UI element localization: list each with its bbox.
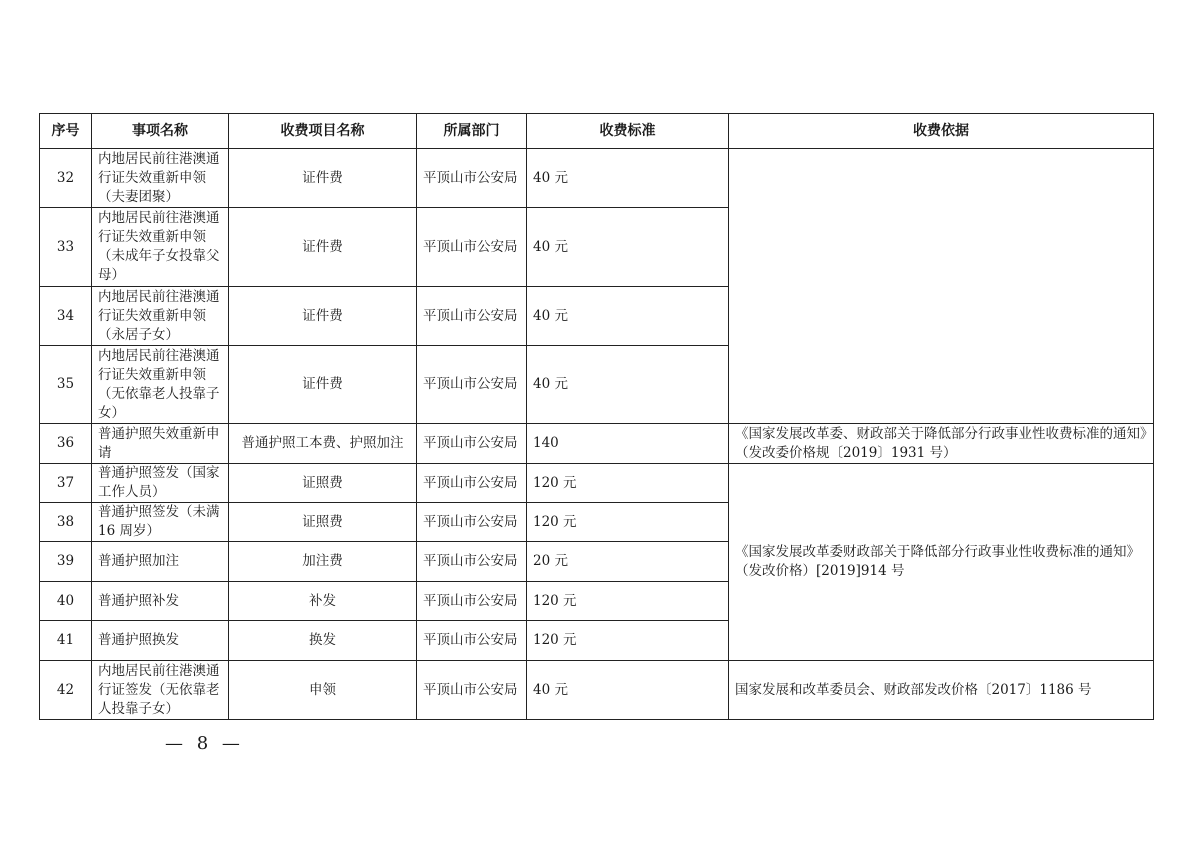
- header-fee-basis: 收费依据: [729, 114, 1154, 149]
- department: 平顶山市公安局: [417, 542, 527, 582]
- department: 平顶山市公安局: [417, 661, 527, 720]
- department: 平顶山市公安局: [417, 287, 527, 346]
- fee-standard: 120 元: [527, 621, 729, 661]
- fee-standard: 20 元: [527, 542, 729, 582]
- header-item-name: 事项名称: [92, 114, 229, 149]
- serial-no: 32: [40, 149, 92, 208]
- table-row: 42 内地居民前往港澳通行证签发（无依靠老人投靠子女） 申领 平顶山市公安局 4…: [40, 661, 1154, 720]
- item-name: 普通护照补发: [92, 582, 229, 621]
- fee-basis: 《国家发展改革委、财政部关于降低部分行政事业性收费标准的通知》（发改委价格规〔2…: [729, 424, 1154, 464]
- item-name: 普通护照换发: [92, 621, 229, 661]
- table-row: 32 内地居民前往港澳通行证失效重新申领（夫妻团聚） 证件费 平顶山市公安局 4…: [40, 149, 1154, 208]
- item-name: 普通护照签发（国家工作人员）: [92, 464, 229, 503]
- department: 平顶山市公安局: [417, 464, 527, 503]
- item-name: 内地居民前往港澳通行证失效重新申领（夫妻团聚）: [92, 149, 229, 208]
- item-name: 普通护照加注: [92, 542, 229, 582]
- serial-no: 36: [40, 424, 92, 464]
- item-name: 内地居民前往港澳通行证失效重新申领（未成年子女投靠父母）: [92, 208, 229, 287]
- department: 平顶山市公安局: [417, 346, 527, 424]
- page-number: — 8 —: [165, 733, 244, 754]
- item-name: 普通护照签发（未满 16 周岁）: [92, 503, 229, 542]
- header-fee-item-name: 收费项目名称: [229, 114, 417, 149]
- department: 平顶山市公安局: [417, 582, 527, 621]
- item-name: 普通护照失效重新申请: [92, 424, 229, 464]
- fee-standard: 40 元: [527, 346, 729, 424]
- item-name: 内地居民前往港澳通行证失效重新申领（永居子女）: [92, 287, 229, 346]
- department: 平顶山市公安局: [417, 424, 527, 464]
- department: 平顶山市公安局: [417, 503, 527, 542]
- serial-no: 41: [40, 621, 92, 661]
- table-header-row: 序号 事项名称 收费项目名称 所属部门 收费标准 收费依据: [40, 114, 1154, 149]
- fee-item-name: 普通护照工本费、护照加注: [229, 424, 417, 464]
- serial-no: 40: [40, 582, 92, 621]
- fee-item-name: 申领: [229, 661, 417, 720]
- department: 平顶山市公安局: [417, 149, 527, 208]
- fee-standard: 40 元: [527, 208, 729, 287]
- department: 平顶山市公安局: [417, 621, 527, 661]
- serial-no: 37: [40, 464, 92, 503]
- fee-item-name: 证件费: [229, 346, 417, 424]
- header-department: 所属部门: [417, 114, 527, 149]
- fee-item-name: 证件费: [229, 208, 417, 287]
- fee-item-name: 证件费: [229, 287, 417, 346]
- fee-basis: [729, 149, 1154, 424]
- serial-no: 35: [40, 346, 92, 424]
- fee-item-name: 换发: [229, 621, 417, 661]
- item-name: 内地居民前往港澳通行证失效重新申领（无依靠老人投靠子女）: [92, 346, 229, 424]
- header-serial-no: 序号: [40, 114, 92, 149]
- fee-item-name: 证件费: [229, 149, 417, 208]
- table-row: 37 普通护照签发（国家工作人员） 证照费 平顶山市公安局 120 元 《国家发…: [40, 464, 1154, 503]
- fee-basis: 《国家发展改革委财政部关于降低部分行政事业性收费标准的通知》（发改价格）[201…: [729, 464, 1154, 661]
- item-name: 内地居民前往港澳通行证签发（无依靠老人投靠子女）: [92, 661, 229, 720]
- table-row: 36 普通护照失效重新申请 普通护照工本费、护照加注 平顶山市公安局 140 《…: [40, 424, 1154, 464]
- serial-no: 34: [40, 287, 92, 346]
- fee-item-name: 加注费: [229, 542, 417, 582]
- fee-standard: 40 元: [527, 149, 729, 208]
- fee-standard: 40 元: [527, 287, 729, 346]
- fee-item-name: 证照费: [229, 464, 417, 503]
- fee-table: 序号 事项名称 收费项目名称 所属部门 收费标准 收费依据 32 内地居民前往港…: [39, 113, 1154, 720]
- department: 平顶山市公安局: [417, 208, 527, 287]
- fee-standard: 40 元: [527, 661, 729, 720]
- header-fee-standard: 收费标准: [527, 114, 729, 149]
- fee-standard: 140: [527, 424, 729, 464]
- fee-standard: 120 元: [527, 464, 729, 503]
- fee-item-name: 证照费: [229, 503, 417, 542]
- fee-item-name: 补发: [229, 582, 417, 621]
- serial-no: 42: [40, 661, 92, 720]
- serial-no: 38: [40, 503, 92, 542]
- serial-no: 33: [40, 208, 92, 287]
- fee-basis: 国家发展和改革委员会、财政部发改价格〔2017〕1186 号: [729, 661, 1154, 720]
- fee-standard: 120 元: [527, 503, 729, 542]
- fee-standard: 120 元: [527, 582, 729, 621]
- serial-no: 39: [40, 542, 92, 582]
